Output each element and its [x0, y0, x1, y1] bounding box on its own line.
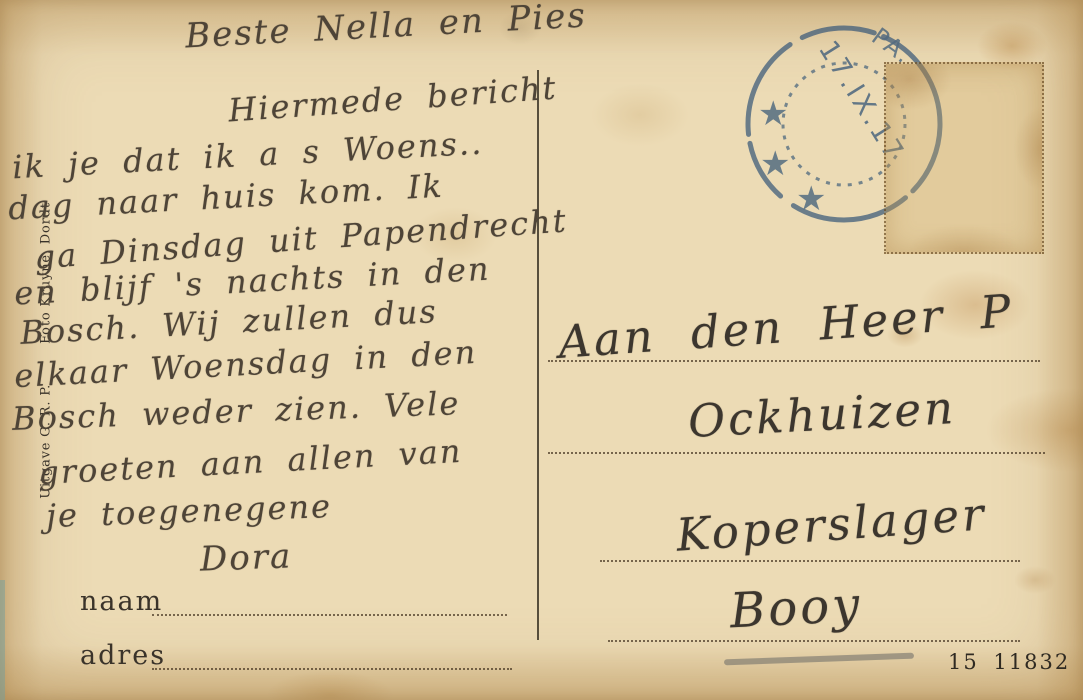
postmark-star-icon: ★	[758, 94, 788, 134]
message-signature: Dora	[199, 536, 293, 579]
name-field-rule	[152, 612, 507, 616]
postmark-star-icon: ★	[796, 179, 826, 219]
message-line: groeten aan allen van	[37, 432, 463, 492]
pencil-underline	[724, 653, 914, 666]
address-rule-4	[608, 638, 1020, 642]
address-line: Booy	[729, 577, 864, 640]
name-field-label: naam	[80, 586, 163, 617]
postcard-back: Uitgave G. R. P. Foto Kruyne, Dordt Best…	[0, 0, 1083, 700]
address-rule-2	[548, 450, 1045, 454]
postmark-star-icon: ★	[760, 144, 790, 184]
address-rule-3	[600, 558, 1020, 562]
message-line: je toegenegene	[45, 487, 332, 535]
message-line: Bosch weder zien. Vele	[11, 384, 460, 438]
address-field-rule	[152, 666, 512, 670]
serial-number: 15 11832	[948, 650, 1070, 674]
address-line: Koperslager	[675, 487, 989, 562]
scan-edge-artifact	[0, 580, 5, 700]
stamp-ghost-area	[884, 62, 1044, 254]
address-line: Aan den Heer P	[557, 284, 1016, 369]
address-line: Ockhuizen	[687, 381, 957, 448]
message-line: Hiermede bericht	[227, 69, 558, 130]
center-divider-line	[537, 70, 539, 640]
message-salutation: Beste Nella en Pies	[184, 0, 588, 56]
